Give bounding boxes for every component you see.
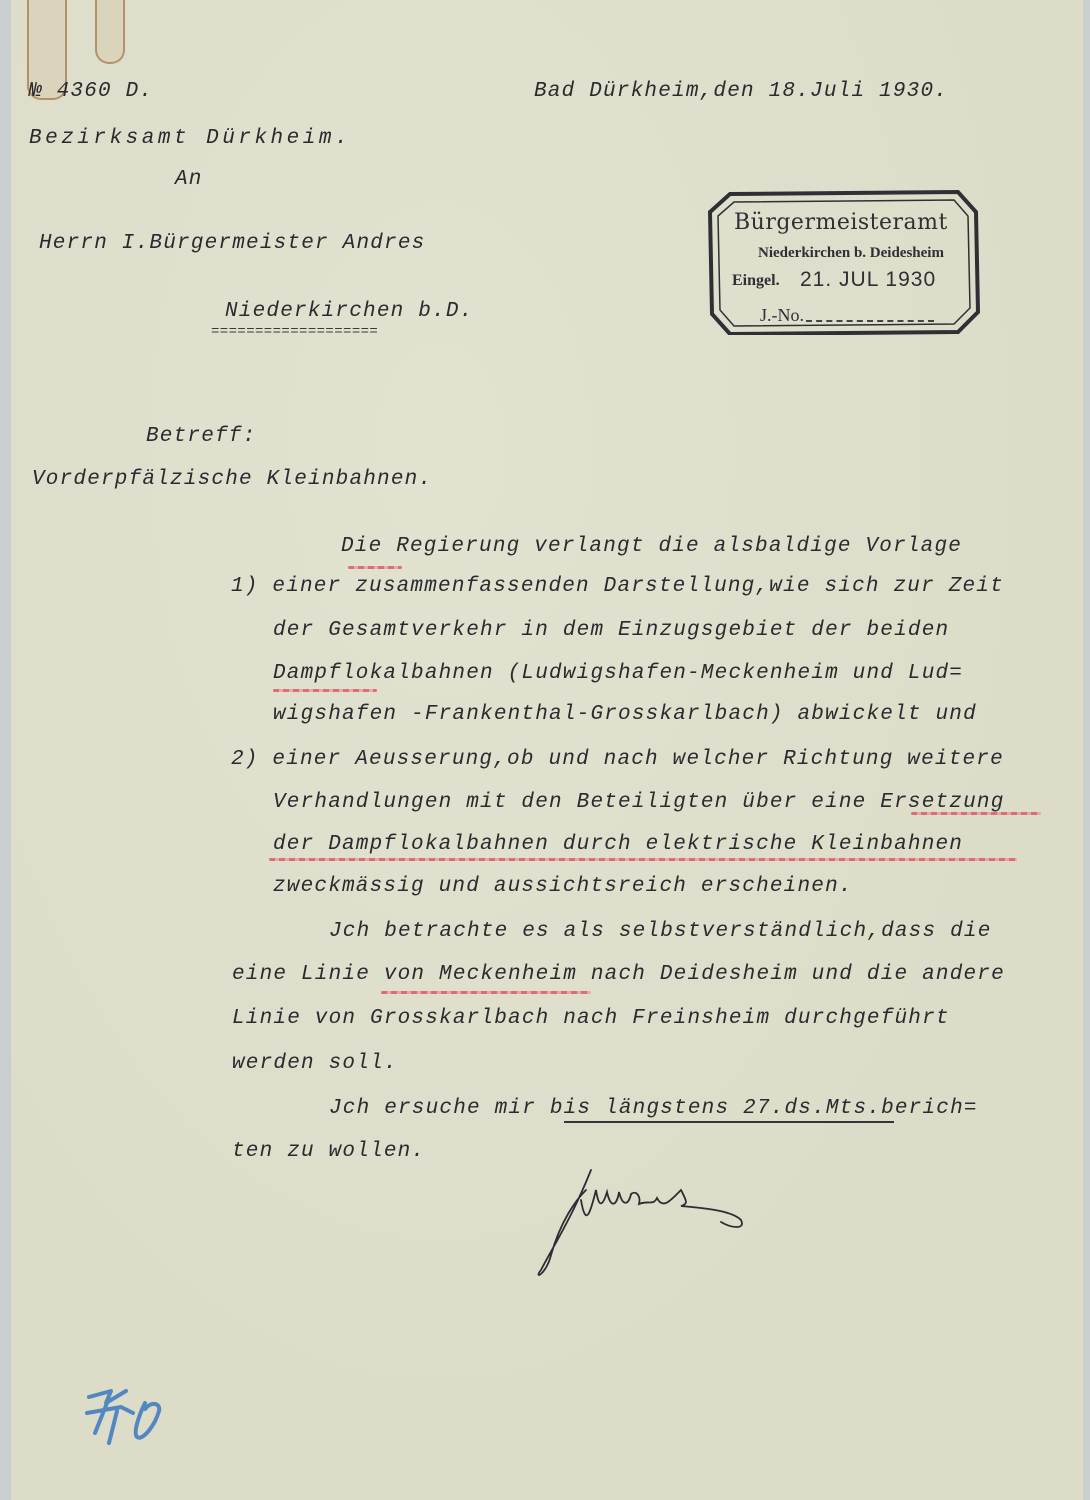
typed-underline-deadline [564, 1121, 894, 1123]
letter-page: № 4360 D. Bad Dürkheim,den 18.Juli 1930.… [11, 0, 1083, 1500]
red-underline-ersetzung [911, 812, 1041, 815]
body-line: werden soll. [232, 1052, 398, 1075]
red-underline-meckenheim-deidesheim [381, 991, 591, 994]
received-stamp: Bürgermeisteramt Niederkirchen b. Deides… [708, 190, 980, 335]
stamp-journal-dotted-line [806, 308, 934, 322]
rust-stain-right [95, 0, 125, 64]
body-line: 2) einer Aeusserung,ob und nach welcher … [231, 748, 1004, 771]
body-line: Linie von Grosskarlbach nach Freinsheim … [232, 1007, 950, 1030]
sender-office: Bezirksamt Dürkheim. [29, 127, 351, 150]
subject-label: Betreff: [146, 425, 256, 448]
stamp-received-date: 21. JUL 1930 [800, 268, 936, 292]
stamp-subtitle: Niederkirchen b. Deidesheim [758, 245, 944, 262]
stamp-received-label: Eingel. [732, 272, 780, 290]
body-line: wigshafen -Frankenthal-Grosskarlbach) ab… [273, 703, 977, 726]
body-line: 1) einer zusammenfassenden Darstellung,w… [231, 575, 1004, 598]
red-underline-elektrische-kleinbahnen [269, 858, 1017, 861]
body-line: eine Linie von Meckenheim nach Deideshei… [232, 963, 1005, 986]
body-line: Die Regierung verlangt die alsbaldige Vo… [341, 535, 962, 558]
subject-text: Vorderpfälzische Kleinbahnen. [32, 468, 432, 491]
recipient-place-double-underline: =================== [211, 324, 378, 340]
body-line: ten zu wollen. [232, 1140, 425, 1163]
stamp-journal-label: J.-No. [760, 305, 804, 326]
body-line: der Dampflokalbahnen durch elektrische K… [273, 833, 963, 856]
recipient-place: Niederkirchen b.D. [225, 300, 473, 323]
red-underline-dampflokalbahnen [273, 689, 377, 692]
body-line: der Gesamtverkehr in dem Einzugsgebiet d… [273, 619, 949, 642]
to-label: An [175, 168, 203, 191]
red-underline-regierung [348, 566, 402, 569]
body-line: Dampflokalbahnen (Ludwigshafen-Meckenhei… [273, 662, 963, 685]
place-and-date: Bad Dürkheim,den 18.Juli 1930. [534, 80, 948, 103]
body-line: Verhandlungen mit den Beteiligten über e… [273, 791, 1005, 814]
body-line: Jch betrachte es als selbstverständlich,… [329, 920, 992, 943]
stamp-title: Bürgermeisteramt [734, 210, 948, 235]
recipient-name: Herrn I.Bürgermeister Andres [39, 232, 425, 255]
reference-number: № 4360 D. [29, 80, 153, 103]
pencil-note-icon [81, 1385, 191, 1455]
body-line: zweckmässig und aussichtsreich erscheine… [273, 875, 853, 898]
signature-icon [531, 1160, 811, 1280]
body-line: Jch ersuche mir bis längstens 27.ds.Mts.… [329, 1097, 978, 1120]
